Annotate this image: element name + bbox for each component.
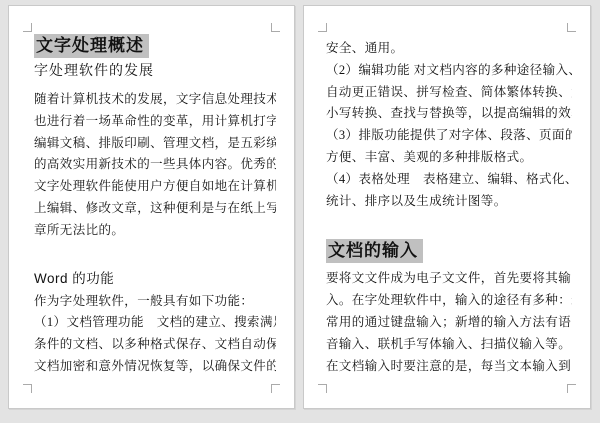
text-line: （1）文档管理功能 文档的建立、搜索满足 [34,312,276,334]
section-subtitle: 字处理软件的发展 [34,60,276,80]
document-preview-canvas: 文字处理概述 字处理软件的发展 随着计算机技术的发展，文字信息处理技术 也进行着… [0,0,600,423]
text-line: 小写转换、查找与替换等，以提高编辑的效率。 [326,103,572,125]
text-line: 章所无法比的。 [34,220,276,242]
text-line: 统计、排序以及生成统计图等。 [326,191,572,213]
document-page-2: 安全、通用。 （2）编辑功能 对文档内容的多种途径输入、 自动更正错误、拼写检查… [303,5,591,409]
text-line: 文字处理软件能使用户方便自如地在计算机 [34,176,276,198]
text-line: 自动更正错误、拼写检查、简体繁体转换、大 [326,82,572,104]
text-line: 随着计算机技术的发展，文字信息处理技术 [34,89,276,111]
page-1-text-area: 文字处理概述 字处理软件的发展 随着计算机技术的发展，文字信息处理技术 也进行着… [9,6,294,408]
text-line: 条件的文档、以多种格式保存、文档自动保存、 [34,334,276,356]
text-line: 作为字处理软件，一般具有如下功能： [34,291,276,313]
text-line: 也进行着一场革命性的变革，用计算机打字、 [34,111,276,133]
text-line: 常用的通过键盘输入；新增的输入方法有语 [326,312,572,334]
text-line: 文档加密和意外情况恢复等，以确保文件的 [34,356,276,378]
text-line: （3）排版功能提供了对字体、段落、页面的 [326,125,572,147]
text-line: （2）编辑功能 对文档内容的多种途径输入、 [326,60,572,82]
text-line: 安全、通用。 [326,38,572,60]
text-line: （4）表格处理 表格建立、编辑、格式化、 [326,169,572,191]
section-title-highlighted: 文档的输入 [326,239,423,263]
text-line: 上编辑、修改文章，这种便利是与在纸上写文 [34,198,276,220]
text-line: 要将文文件成为电子文文件，首先要将其输 [326,268,572,290]
text-line: 入。在字处理软件中，输入的途径有多种：最 [326,290,572,312]
subsection-heading: Word 的功能 [34,269,276,289]
section-title-highlighted: 文字处理概述 [34,34,149,58]
page-2-text-area: 安全、通用。 （2）编辑功能 对文档内容的多种途径输入、 自动更正错误、拼写检查… [304,6,590,408]
text-line: 的高效实用新技术的一些具体内容。优秀的 [34,154,276,176]
document-page-1: 文字处理概述 字处理软件的发展 随着计算机技术的发展，文字信息处理技术 也进行着… [8,5,295,409]
text-line: 在文档输入时要注意的是，每当文本输入到 [326,356,572,378]
text-line: 音输入、联机手写体输入、扫描仪输入等。 [326,334,572,356]
text-line: 编辑文稿、排版印刷、管理文档，是五彩缤纷 [34,133,276,155]
text-line: 方便、丰富、美观的多种排版格式。 [326,147,572,169]
